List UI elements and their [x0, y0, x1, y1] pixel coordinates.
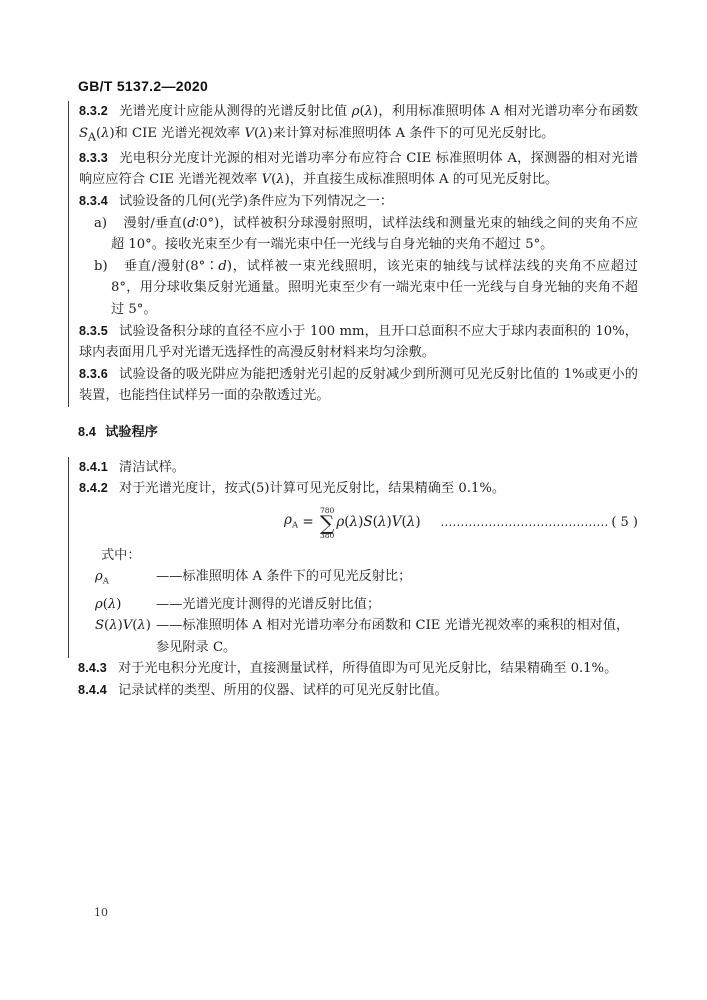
symbol-definition: ρA——标准照明体 A 条件下的可见光反射比；	[79, 566, 638, 593]
symbol-definition-list: 式中：ρA——标准照明体 A 条件下的可见光反射比；ρ(λ)——光谱光度计测得的…	[79, 545, 638, 659]
clause-group: 8.4试验程序	[68, 421, 638, 444]
formula-equation: ρA = 780∑380ρ(λ)S(λ)V(λ)	[284, 507, 421, 540]
clause-text: 清洁试样。	[119, 460, 185, 475]
clause-number: 8.4.3	[78, 661, 107, 675]
symbol: ρA	[95, 566, 156, 593]
symbol-definition: ρ(λ)——光谱光度计测得的光谱反射比值；	[79, 594, 638, 616]
section-number: 8.4	[78, 425, 96, 439]
clause-8-3-3: 8.3.3光电积分光度计光源的相对光谱功率分布应符合 CIE 标准照明体 A，探…	[79, 148, 638, 191]
clause-8-3-6: 8.3.6试验设备的吸光阱应为能把透射光引起的反射减少到所测可见光反射比值的 1…	[79, 364, 638, 407]
clause-8-3-2: 8.3.2光谱光度计应能从测得的光谱反射比值 ρ(λ)，利用标准照明体 A 相对…	[79, 101, 638, 148]
symbol: ρ(λ)	[95, 594, 156, 616]
symbol-definition: S(λ)V(λ)——标准照明体 A 相对光谱功率分布函数和 CIE 光谱光视效率…	[79, 615, 638, 658]
symbol-description: ——标准照明体 A 条件下的可见光反射比；	[156, 566, 638, 593]
clause-text: 光电积分光度计光源的相对光谱功率分布应符合 CIE 标准照明体 A，探测器的相对…	[79, 151, 638, 188]
clause-8-4-1: 8.4.1清洁试样。	[79, 457, 638, 479]
formula-dotted-leader: ……………………………………	[429, 512, 609, 534]
list-item-b: b)垂直/漫射(8°∶d)，试样被一束光线照明，该光束的轴线与试样法线的夹角不应…	[79, 256, 638, 321]
clause-text: 对于光电积分光度计，直接测量试样，所得值即为可见光反射比，结果精确至 0.1%。	[118, 661, 617, 676]
clause-number: 8.4.4	[78, 683, 107, 697]
ordered-list: a)漫射/垂直(d∶0°)，试样被积分球漫射照明，试样法线和测量光束的轴线之间的…	[79, 213, 638, 321]
clause-text: 试验设备的几何(光学)条件应为下列情况之一：	[119, 194, 393, 209]
clause-number: 8.4.2	[79, 481, 108, 495]
list-item-text: 垂直/漫射(8°∶d)，试样被一束光线照明，该光束的轴线与试样法线的夹角不应超过…	[111, 259, 638, 317]
clause-text: 试验设备积分球的直径不应小于 100 mm，且开口总面积不应大于球内表面积的 1…	[79, 324, 638, 361]
clause-group: 8.4.3对于光电积分光度计，直接测量试样，所得值即为可见光反射比，结果精确至 …	[68, 658, 638, 701]
page-number: 10	[94, 906, 108, 919]
standard-code-header: GB/T 5137.2—2020	[78, 78, 208, 94]
summation-icon: 780∑380	[320, 507, 334, 540]
list-item-a: a)漫射/垂直(d∶0°)，试样被积分球漫射照明，试样法线和测量光束的轴线之间的…	[79, 213, 638, 256]
symbol: S(λ)V(λ)	[95, 615, 156, 658]
clause-8-4-2: 8.4.2对于光谱光度计，按式(5)计算可见光反射比，结果精确至 0.1%。	[79, 478, 638, 500]
where-intro: 式中：	[79, 545, 638, 567]
formula-number: ( 5 )	[611, 512, 638, 534]
clause-8-3-4: 8.3.4试验设备的几何(光学)条件应为下列情况之一：	[79, 191, 638, 213]
document-body: 8.3.2光谱光度计应能从测得的光谱反射比值 ρ(λ)，利用标准照明体 A 相对…	[68, 101, 638, 702]
clause-8-4-4: 8.4.4记录试样的类型、所用的仪器、试样的可见光反射比值。	[78, 680, 638, 702]
clause-number: 8.3.2	[79, 104, 108, 118]
symbol-description: ——光谱光度计测得的光谱反射比值；	[156, 594, 638, 616]
revision-bar-group: 8.3.2光谱光度计应能从测得的光谱反射比值 ρ(λ)，利用标准照明体 A 相对…	[68, 101, 638, 407]
sum-lower-limit: 380	[320, 532, 334, 540]
list-item-text: 漫射/垂直(d∶0°)，试样被积分球漫射照明，试样法线和测量光束的轴线之间的夹角…	[111, 216, 638, 253]
revision-bar-group: 8.4.1清洁试样。8.4.2对于光谱光度计，按式(5)计算可见光反射比，结果精…	[68, 457, 638, 659]
clause-number: 8.4.1	[79, 460, 108, 474]
clause-8-4-3: 8.4.3对于光电积分光度计，直接测量试样，所得值即为可见光反射比，结果精确至 …	[78, 658, 638, 680]
clause-number: 8.3.6	[79, 367, 108, 381]
formula-block: ρA = 780∑380ρ(λ)S(λ)V(λ)……………………………………( …	[79, 507, 638, 540]
list-item-label: a)	[94, 213, 123, 235]
clause-number: 8.3.3	[79, 151, 108, 165]
clause-8-3-5: 8.3.5试验设备积分球的直径不应小于 100 mm，且开口总面积不应大于球内表…	[79, 321, 638, 364]
clause-text: 试验设备的吸光阱应为能把透射光引起的反射减少到所测可见光反射比值的 1%或更小的…	[79, 367, 638, 404]
document-page: GB/T 5137.2—2020 8.3.2光谱光度计应能从测得的光谱反射比值 …	[0, 0, 707, 1000]
section-heading-8-4: 8.4试验程序	[78, 421, 638, 444]
clause-text: 对于光谱光度计，按式(5)计算可见光反射比，结果精确至 0.1%。	[119, 481, 505, 496]
clause-text: 记录试样的类型、所用的仪器、试样的可见光反射比值。	[118, 683, 448, 698]
clause-number: 8.3.5	[79, 324, 108, 338]
clause-number: 8.3.4	[79, 194, 108, 208]
list-item-label: b)	[94, 256, 123, 278]
section-title: 试验程序	[105, 424, 158, 439]
symbol-description: ——标准照明体 A 相对光谱功率分布函数和 CIE 光谱光视效率的乘积的相对值，…	[156, 615, 638, 658]
clause-text: 光谱光度计应能从测得的光谱反射比值 ρ(λ)，利用标准照明体 A 相对光谱功率分…	[79, 104, 638, 141]
